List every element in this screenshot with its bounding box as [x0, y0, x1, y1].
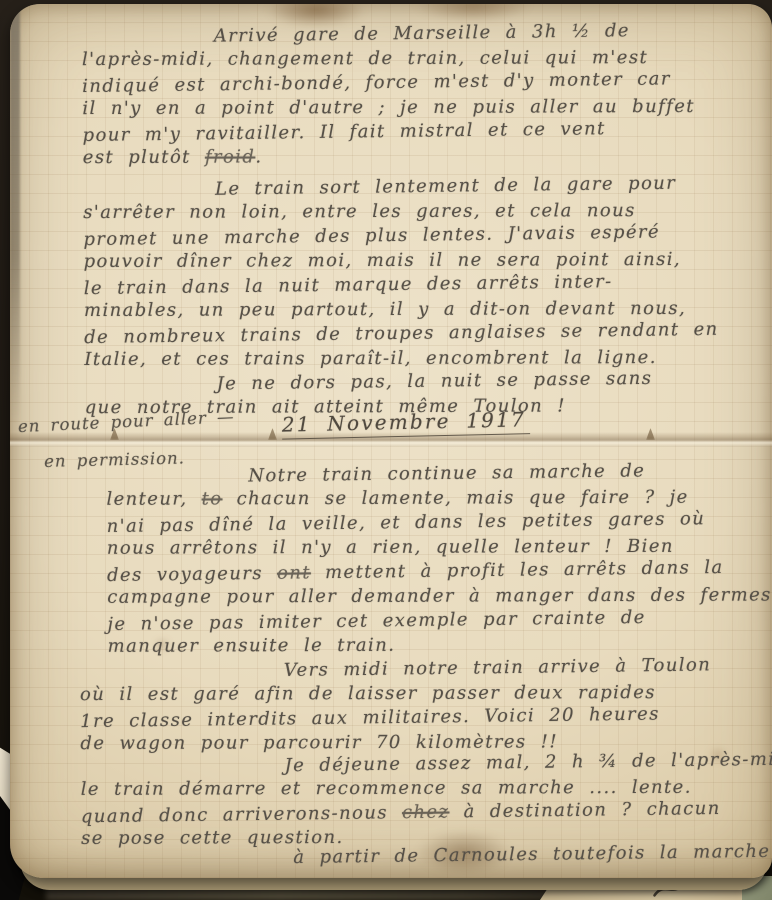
- handwritten-line: à partir de Carnoules toutefois la march…: [293, 840, 770, 871]
- margin-note-top: en route pour aller —: [18, 407, 235, 436]
- line-text: Notre train continue sa marche de: [248, 460, 645, 486]
- line-text: Je ne dors pas, la nuit se passe sans: [216, 368, 652, 395]
- line-text: il n'y en a point d'autre ; je ne puis a…: [82, 95, 695, 118]
- line-text: .: [255, 146, 262, 167]
- line-text: n'ai pas dîné la veille, et dans les pet…: [107, 508, 706, 537]
- struck-word: ont: [277, 562, 311, 583]
- notebook-photo: Arrivé gare de Marseille à 3h ½ de l'apr…: [0, 0, 772, 900]
- line-text: minables, un peu partout, il y a dit-on …: [84, 297, 686, 320]
- line-text: Italie, et ces trains paraît-il, encombr…: [84, 347, 657, 370]
- struck-word: chez: [402, 801, 450, 823]
- line-text: pour m'y ravitailler. Il fait mistral et…: [82, 118, 605, 146]
- handwritten-line: Le train sort lentement de la gare pour: [215, 171, 718, 202]
- line-text: mettent à profit les arrêts dans la: [311, 557, 724, 583]
- handwritten-line: est plutôt froid.: [83, 143, 696, 170]
- line-text: l'après-midi, changement de train, celui…: [82, 47, 648, 70]
- date-text: 21 Novembre 1917: [282, 407, 531, 439]
- line-text: nous arrêtons il n'y a rien, quelle lent…: [107, 535, 674, 558]
- handwritten-line: Je ne dors pas, la nuit se passe sans: [216, 367, 652, 397]
- line-text: est plutôt: [83, 146, 205, 167]
- line-text: à destination ? chacun: [449, 798, 721, 823]
- line-text: des voyageurs: [107, 563, 277, 586]
- line-text: où il est garé afin de laisser passer de…: [80, 682, 656, 705]
- line-text: de wagon pour parcourir 70 kilomètres !!: [80, 731, 558, 754]
- line-text: chacun se lamente, mais que faire ? je: [222, 486, 688, 509]
- line-text: le train dans la nuit marque des arrêts …: [84, 271, 613, 299]
- diary-paragraph: à partir de Carnoules toutefois la march…: [81, 841, 770, 871]
- handwritten-line: Notre train continue sa marche de: [248, 458, 772, 489]
- handwritten-line: Vers midi notre train arrive à Toulon: [284, 653, 712, 683]
- line-text: indiqué est archi-bondé, force m'est d'y…: [82, 68, 671, 97]
- diary-paragraph: Le train sort lentement de la gare pour …: [83, 172, 719, 373]
- line-text: promet une marche des plus lentes. J'ava…: [83, 222, 660, 251]
- line-text: à partir de Carnoules toutefois la march…: [293, 841, 770, 868]
- struck-word: to: [202, 488, 223, 509]
- diary-paragraph: Je déjeune assez mal, 2 h ¾ de l'après-m…: [80, 749, 772, 853]
- line-text: 1re classe interdits aux militaires. Voi…: [80, 704, 660, 733]
- line-text: le train démarre et recommence sa marche…: [81, 776, 692, 799]
- line-text: quand donc arriverons-nous: [81, 802, 402, 827]
- line-text: pouvoir dîner chez moi, mais il ne sera …: [84, 248, 682, 271]
- diary-paragraph: Notre train continue sa marche de lenteu…: [106, 459, 772, 660]
- diary-page: Arrivé gare de Marseille à 3h ½ de l'apr…: [10, 4, 772, 878]
- line-text: Arrivé gare de Marseille à 3h ½ de: [214, 20, 630, 46]
- handwritten-line: Je déjeune assez mal, 2 h ¾ de l'après-m…: [284, 747, 772, 778]
- diary-paragraph: Arrivé gare de Marseille à 3h ½ de l'apr…: [82, 20, 696, 172]
- handwritten-line: Arrivé gare de Marseille à 3h ½ de: [214, 18, 695, 49]
- struck-word: froid: [205, 146, 255, 167]
- line-text: je n'ose pas imiter cet exemple par crai…: [107, 607, 646, 635]
- line-text: campagne pour aller demander à manger da…: [107, 584, 772, 607]
- line-text: lenteur,: [106, 488, 201, 509]
- handwriting-layer: Arrivé gare de Marseille à 3h ½ de l'apr…: [10, 4, 772, 878]
- line-text: Le train sort lentement de la gare pour: [215, 173, 677, 200]
- line-text: s'arrêter non loin, entre les gares, et …: [83, 200, 636, 223]
- line-text: Vers midi notre train arrive à Toulon: [284, 654, 712, 681]
- line-text: Je déjeune assez mal, 2 h ¾ de l'après-m…: [284, 748, 772, 776]
- date-heading: 21 Novembre 1917: [282, 409, 530, 438]
- diary-paragraph: Vers midi notre train arrive à Toulon où…: [80, 654, 712, 757]
- line-text: manquer ensuite le train.: [108, 634, 396, 656]
